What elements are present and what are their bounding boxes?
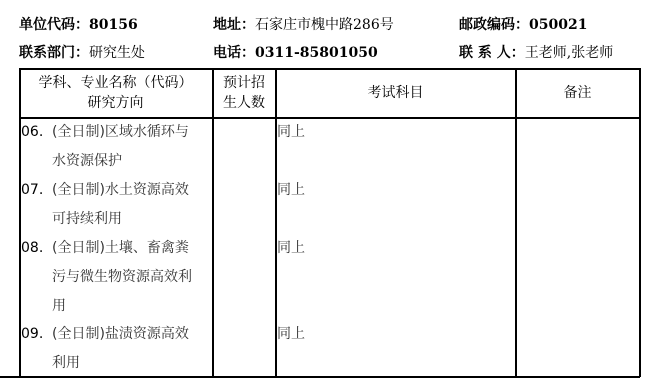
exam-subject: 同上 <box>277 118 305 147</box>
header-exam-subjects: 考试科目 <box>276 68 515 117</box>
contact-department: 联系部门：研究生处 <box>19 44 145 62</box>
direction-line: (全日制)盐渍资源高效 <box>52 320 189 349</box>
unit-code-value: 80156 <box>89 17 138 33</box>
direction-line: 利用 <box>52 349 80 378</box>
header-remarks: 备注 <box>516 68 639 117</box>
header-remarks-label: 备注 <box>564 83 592 103</box>
exam-subject: 同上 <box>277 320 305 349</box>
postal-code-label: 邮政编码： <box>459 17 529 33</box>
address-value: 石家庄市槐中路286号 <box>255 17 394 33</box>
row-number: 09. <box>21 320 43 349</box>
header-major: 学科、专业名称（代码） 研究方向 <box>19 68 212 117</box>
unit-code: 单位代码：80156 <box>19 16 138 34</box>
row-number: 08. <box>21 234 43 263</box>
header-major-line1: 学科、专业名称（代码） <box>39 73 193 93</box>
phone: 电话：0311-85801050 <box>213 44 378 62</box>
row-number: 06. <box>21 118 43 147</box>
postal-code-value: 050021 <box>529 17 587 33</box>
direction-line: 水资源保护 <box>52 147 122 176</box>
contact-value: 王老师,张老师 <box>525 45 613 61</box>
address: 地址：石家庄市槐中路286号 <box>213 16 394 34</box>
unit-code-label: 单位代码： <box>19 17 89 33</box>
address-label: 地址： <box>213 17 255 33</box>
direction-line: 用 <box>52 292 66 321</box>
row-number: 07. <box>21 176 43 205</box>
direction-line: 可持续利用 <box>52 205 122 234</box>
postal-code: 邮政编码：050021 <box>459 16 587 34</box>
table-bottom-border <box>0 376 640 378</box>
exam-subject: 同上 <box>277 176 305 205</box>
enrollment-table: 学科、专业名称（代码） 研究方向 预计招 生人数 考试科目 备注 06. (全日… <box>19 68 640 377</box>
header-enrollment-line2: 生人数 <box>223 93 265 113</box>
direction-line: (全日制)土壤、畜禽粪 <box>52 234 189 263</box>
contact-person: 联 系 人：王老师,张老师 <box>459 44 613 62</box>
phone-value: 0311-85801050 <box>255 45 378 61</box>
phone-label: 电话： <box>213 45 255 61</box>
direction-line: (全日制)区域水循环与 <box>52 118 189 147</box>
header-major-line2: 研究方向 <box>88 93 144 113</box>
contact-label: 联 系 人： <box>459 45 525 61</box>
department-label: 联系部门： <box>19 45 89 61</box>
header-enrollment-line1: 预计招 <box>223 73 265 93</box>
header-enrollment: 预计招 生人数 <box>213 68 275 117</box>
table-right-border <box>639 68 641 377</box>
direction-line: (全日制)水土资源高效 <box>52 176 189 205</box>
department-value: 研究生处 <box>89 45 145 61</box>
header-exam-subjects-label: 考试科目 <box>368 83 424 103</box>
exam-subject: 同上 <box>277 234 305 263</box>
direction-line: 污与微生物资源高效利 <box>52 263 192 292</box>
